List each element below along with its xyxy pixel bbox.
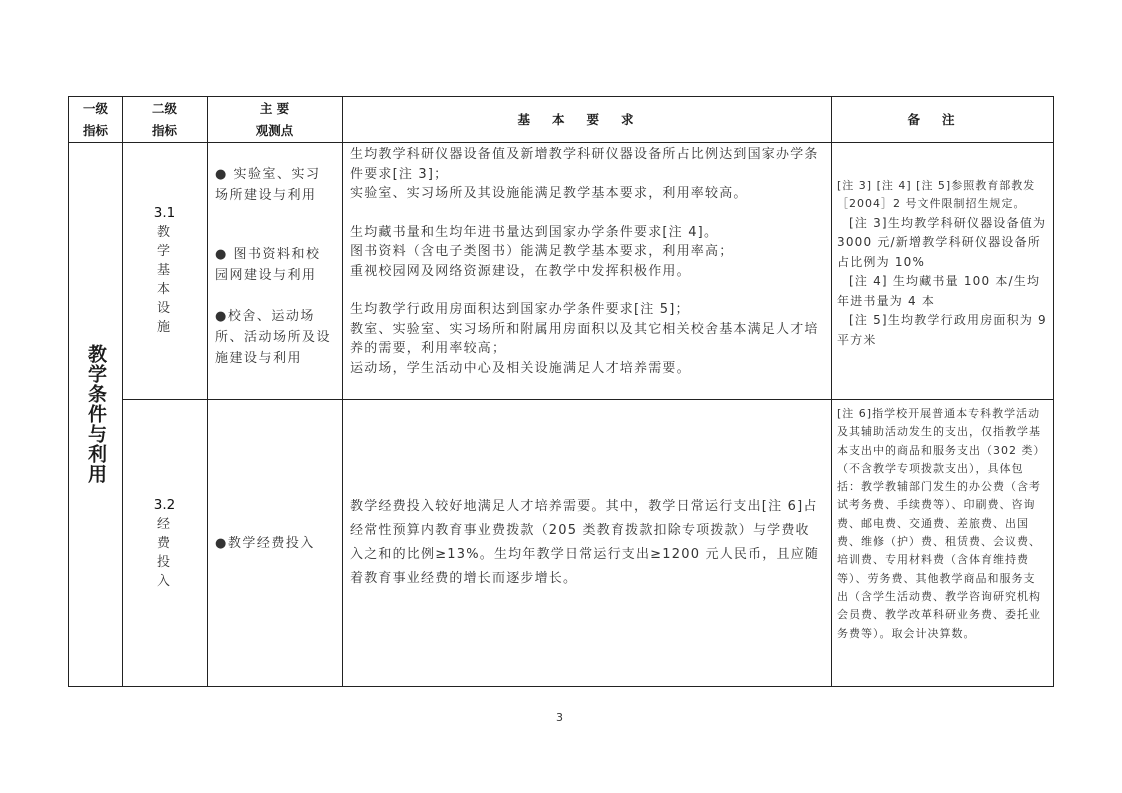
requirement-text: 生均藏书量和生均年进书量达到国家办学条件要求[注 4]。 bbox=[350, 223, 823, 243]
level2-label: 教学基本设施 bbox=[151, 223, 179, 337]
level2-number: 3.1 bbox=[154, 204, 175, 223]
header-text: 主 要 bbox=[260, 98, 289, 120]
observation-point: ●校舍、运动场所、活动场所及设施建设与利用 bbox=[215, 306, 334, 369]
level1-label: 教学条件与利用 bbox=[82, 344, 109, 484]
requirement-text: 教学经费投入较好地满足人才培养需要。其中，教学日常运行支出[注 6]占经常性预算… bbox=[350, 495, 823, 591]
header-text: 基本要求 bbox=[517, 109, 655, 131]
level2-label: 经费投入 bbox=[151, 515, 179, 591]
header-text: 指标 bbox=[83, 120, 108, 142]
requirement-text: 重视校园网及网络资源建设，在教学中发挥积极作用。 bbox=[350, 262, 823, 282]
page-number: 3 bbox=[556, 711, 563, 724]
requirements-3-1: 生均教学科研仪器设备值及新增教学科研仪器设备所占比例达到国家办学条件要求[注 3… bbox=[342, 145, 831, 399]
observation-point: ● 图书资料和校园网建设与利用 bbox=[215, 244, 334, 286]
requirement-text: 实验室、实习场所及其设施能满足教学基本要求，利用率较高。 bbox=[350, 184, 823, 204]
observation-point: ● 实验室、实习场所建设与利用 bbox=[215, 164, 334, 206]
note-text: [注 5]生均教学行政用房面积为 9 平方米 bbox=[837, 311, 1047, 350]
level1-indicator: 教学条件与利用 bbox=[69, 142, 122, 686]
requirement-text: 生均教学科研仪器设备值及新增教学科研仪器设备所占比例达到国家办学条件要求[注 3… bbox=[350, 145, 823, 184]
requirement-text: 图书资料（含电子类图书）能满足教学基本要求，利用率高； bbox=[350, 242, 823, 262]
header-text: 一级 bbox=[83, 98, 108, 120]
requirement-text: 教室、实验室、实习场所和附属用房面积以及其它相关校舍基本满足人才培养的需要，利用… bbox=[350, 320, 823, 359]
observation-points-3-1: ● 实验室、实习场所建设与利用 ● 图书资料和校园网建设与利用 ●校舍、运动场所… bbox=[207, 142, 342, 399]
header-observation: 主 要 观测点 bbox=[207, 97, 342, 142]
level2-indicator-3-1: 3.1 教学基本设施 bbox=[122, 142, 207, 399]
evaluation-table: 一级 指标 二级 指标 主 要 观测点 基本要求 备注 教学条件与利用 3.1 … bbox=[68, 96, 1054, 687]
notes-3-2: [注 6]指学校开展普通本专科教学活动及其辅助活动发生的支出，仅指教学基本支出中… bbox=[831, 405, 1053, 685]
level2-indicator-3-2: 3.2 经费投入 bbox=[122, 400, 207, 686]
header-text: 二级 bbox=[152, 98, 177, 120]
requirement-text: 运动场，学生活动中心及相关设施满足人才培养需要。 bbox=[350, 359, 823, 379]
note-text: [注 3] [注 4] [注 5]参照教育部教发［2004］2 号文件限制招生规… bbox=[837, 177, 1047, 214]
note-text: [注 4] 生均藏书量 100 本/生均年进书量为 4 本 bbox=[837, 272, 1047, 311]
header-level2: 二级 指标 bbox=[122, 97, 207, 142]
header-text: 观测点 bbox=[256, 120, 294, 142]
header-level1: 一级 指标 bbox=[69, 97, 122, 142]
requirements-3-2: 教学经费投入较好地满足人才培养需要。其中，教学日常运行支出[注 6]占经常性预算… bbox=[342, 400, 831, 686]
observation-points-3-2: ●教学经费投入 bbox=[207, 400, 342, 686]
level2-number: 3.2 bbox=[154, 496, 175, 515]
requirement-text: 生均教学行政用房面积达到国家办学条件要求[注 5]； bbox=[350, 300, 823, 320]
note-text: [注 3]生均教学科研仪器设备值为 3000 元/新增教学科研仪器设备所占比例为… bbox=[837, 214, 1047, 273]
header-requirements: 基本要求 bbox=[342, 97, 831, 142]
header-text: 备注 bbox=[907, 109, 976, 131]
notes-3-1: [注 3] [注 4] [注 5]参照教育部教发［2004］2 号文件限制招生规… bbox=[831, 177, 1053, 377]
header-notes: 备注 bbox=[831, 97, 1053, 142]
observation-point: ●教学经费投入 bbox=[215, 533, 315, 554]
header-text: 指标 bbox=[152, 120, 177, 142]
note-text: [注 6]指学校开展普通本专科教学活动及其辅助活动发生的支出，仅指教学基本支出中… bbox=[837, 405, 1047, 643]
